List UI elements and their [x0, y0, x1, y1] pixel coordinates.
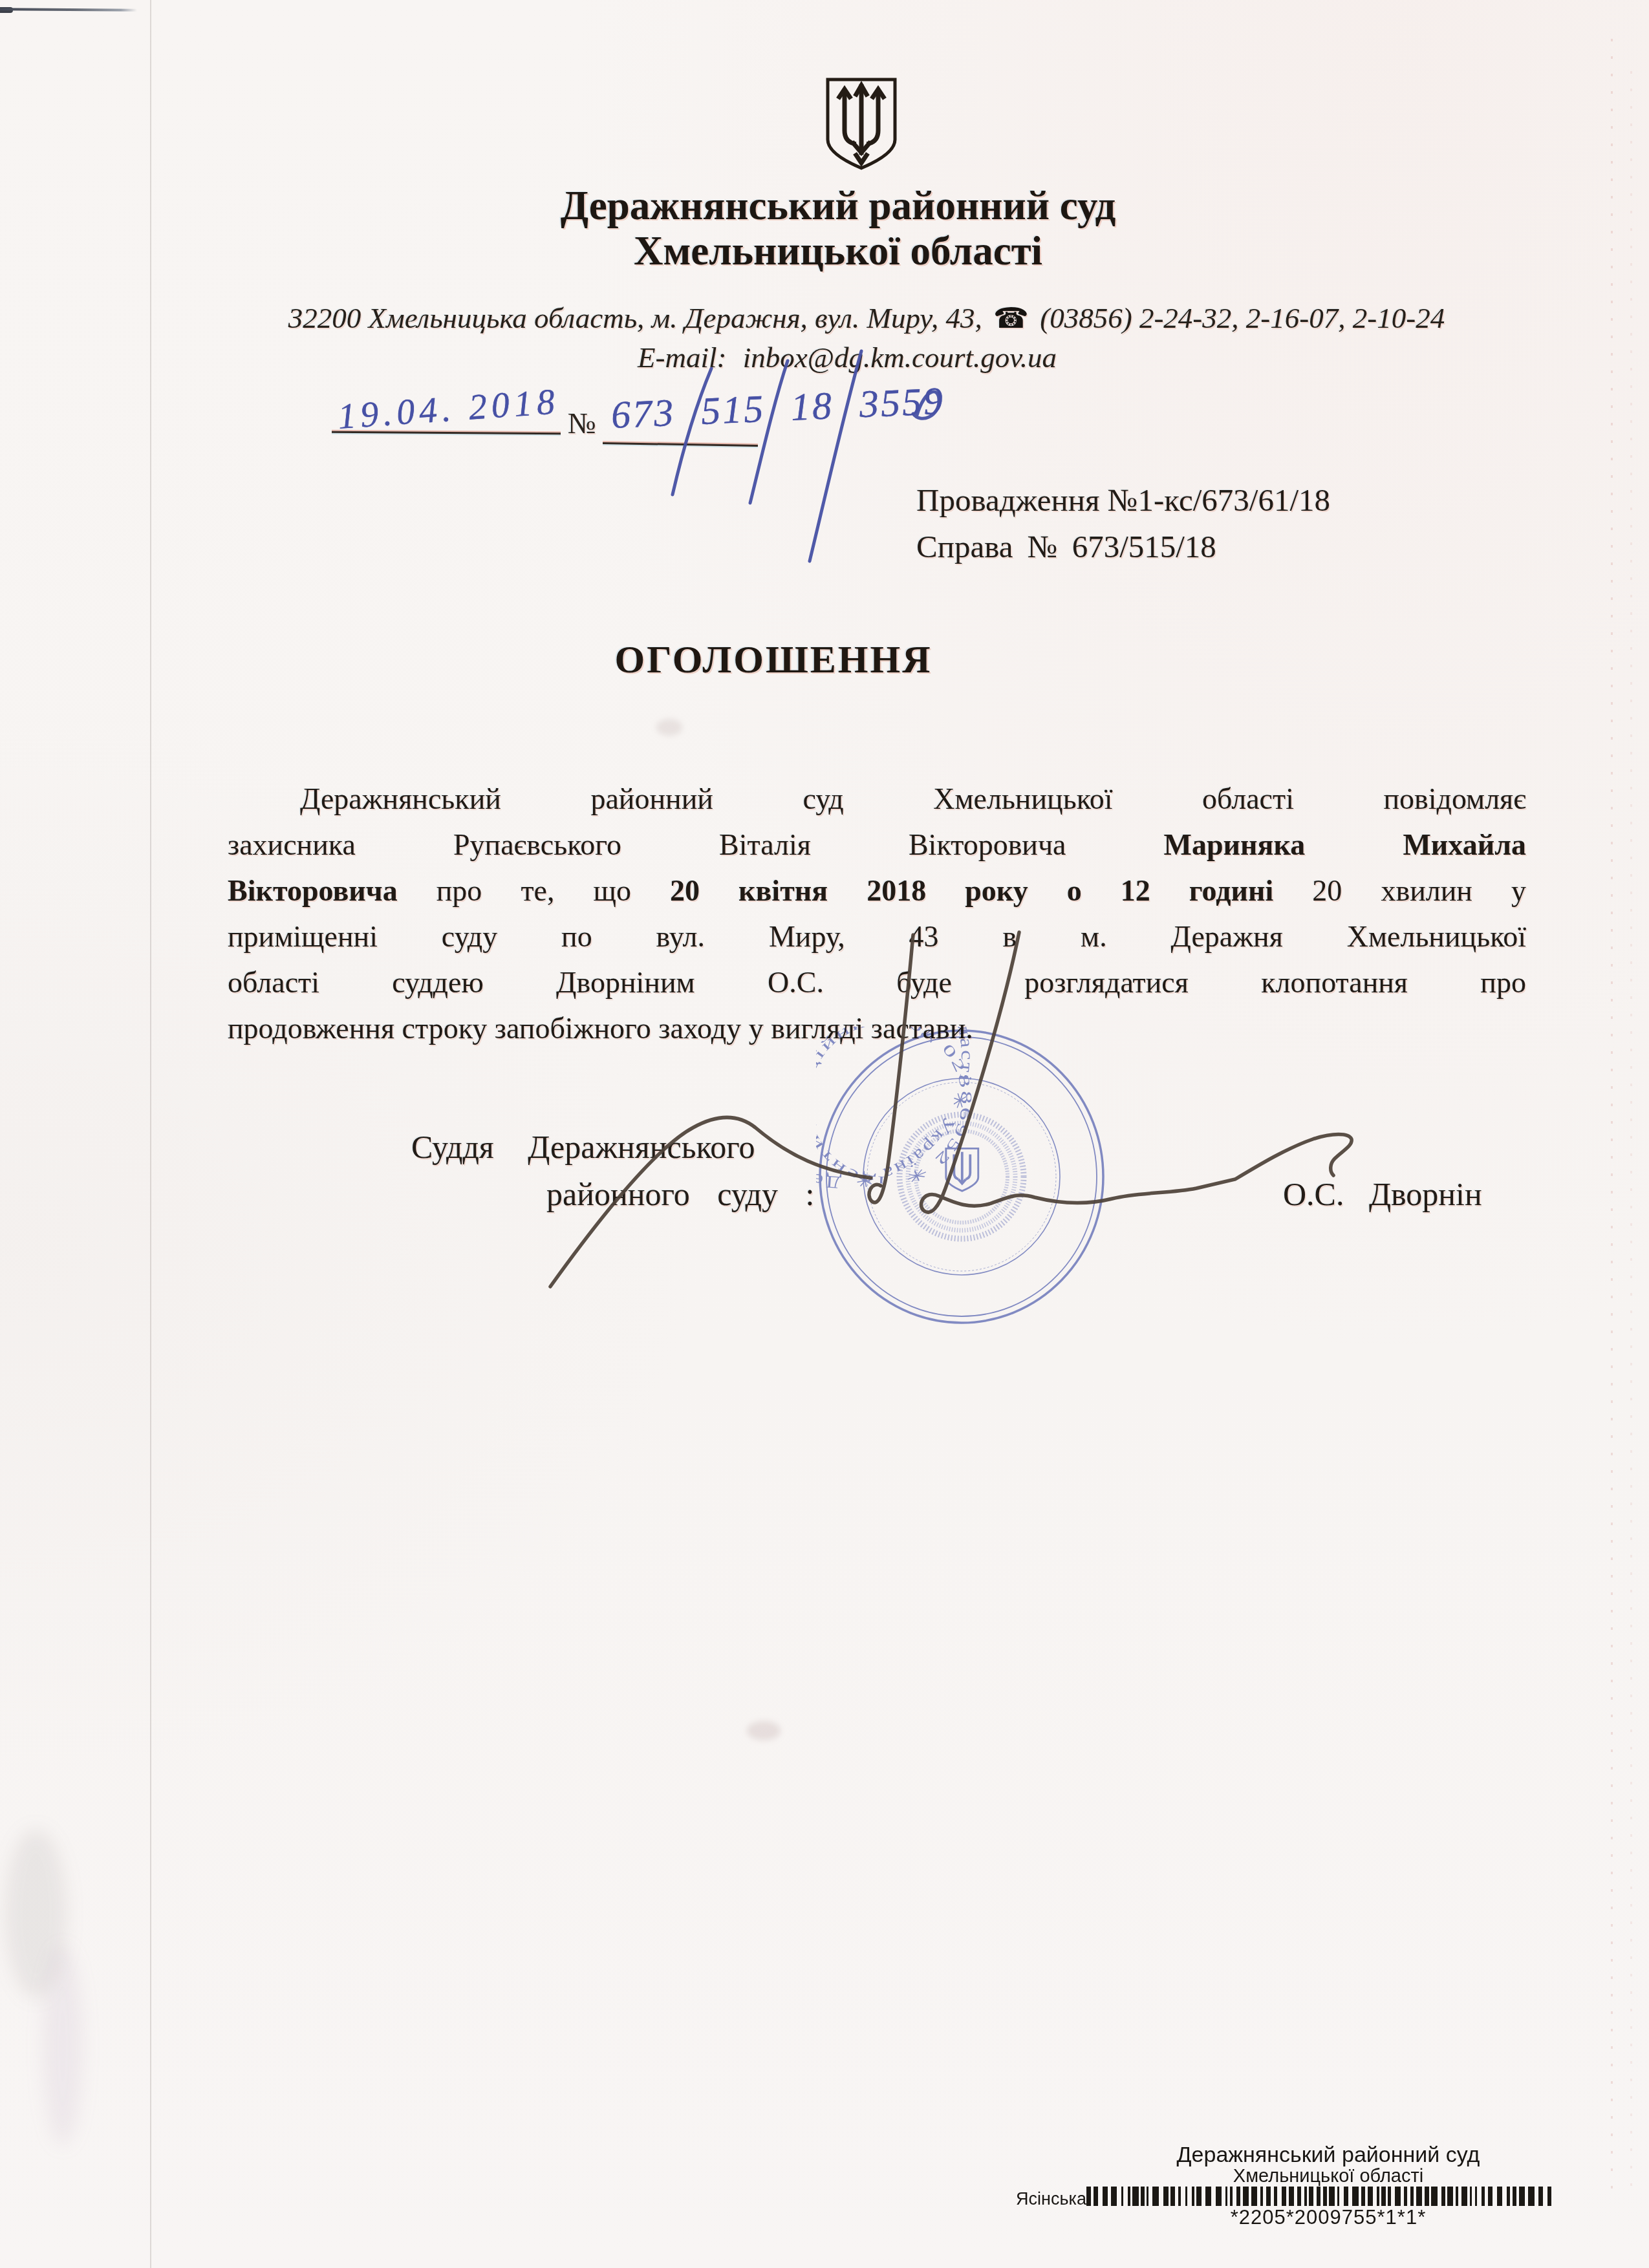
- barcode-bar: [1513, 2187, 1516, 2206]
- barcode-bar: [1482, 2187, 1485, 2206]
- barcode-bar: [1243, 2187, 1249, 2206]
- barcode-bar: [1289, 2187, 1294, 2206]
- barcode-bar: [1216, 2187, 1222, 2206]
- barcode-text: *2205*2009755*1*1*: [1231, 2206, 1426, 2229]
- barcode-bar: [1470, 2187, 1472, 2206]
- barcode-bar: [1381, 2187, 1386, 2206]
- barcode-bar: [1282, 2187, 1286, 2206]
- barcode-bar: [1461, 2187, 1467, 2206]
- barcode-bar: [1304, 2187, 1307, 2206]
- barcode-bar: [1205, 2187, 1211, 2206]
- proceeding-number-line: Провадження №1-кс/673/61/18: [916, 482, 1330, 519]
- number-sign: №: [568, 406, 596, 440]
- court-name-line1: Деражнянський районний суд: [561, 182, 1116, 230]
- barcode-bar: [1086, 2187, 1091, 2206]
- barcode-bar: [1388, 2187, 1391, 2206]
- barcode-bar: [1361, 2187, 1365, 2206]
- scan-smudge: [656, 719, 682, 736]
- barcode-bar: [1111, 2187, 1117, 2206]
- scan-smudge: [43, 1946, 83, 2146]
- barcode-bar: [1297, 2187, 1301, 2206]
- barcode-bar: [1094, 2187, 1098, 2206]
- barcode-bar: [1147, 2187, 1148, 2206]
- barcode-bar: [1404, 2187, 1407, 2206]
- handwritten-number-slashes: [640, 343, 964, 601]
- barcode-bar: [1170, 2187, 1175, 2206]
- barcode-bar: [1497, 2187, 1502, 2206]
- address-text: 32200 Хмельницька область, м. Деражня, в…: [288, 302, 982, 334]
- barcode-bar: [1431, 2187, 1438, 2206]
- barcode-bar: [1323, 2187, 1327, 2206]
- scan-line-artifact: [150, 0, 151, 2268]
- barcode-bar: [1488, 2187, 1493, 2206]
- barcode-bar: [1274, 2187, 1277, 2206]
- body-text-line: Деражнянський районний суд Хмельницької …: [228, 776, 1526, 822]
- barcode-bar: [1547, 2187, 1551, 2206]
- court-name-line2: Хмельницької області: [634, 228, 1042, 275]
- barcode-bar: [1185, 2187, 1187, 2206]
- scan-speckle-artifact: [1611, 39, 1613, 2198]
- barcode-bar: [1344, 2187, 1348, 2206]
- scan-smudge: [747, 1721, 781, 1740]
- barcode-bar: [1519, 2187, 1525, 2206]
- barcode-bar: [1441, 2187, 1445, 2206]
- barcode-bar: [1507, 2187, 1510, 2206]
- barcode-bar: [1538, 2187, 1543, 2206]
- barcode-bar: [1236, 2187, 1240, 2206]
- barcode-bar: [1528, 2187, 1535, 2206]
- body-segment: захисника Рупаєвського Віталія Вікторови…: [228, 828, 1164, 861]
- barcode-bar: [1128, 2187, 1130, 2206]
- barcode-bar: [1225, 2187, 1227, 2206]
- barcode-bar: [1377, 2187, 1379, 2206]
- phone-numbers: (03856) 2-24-32, 2-16-07, 2-10-24: [1040, 302, 1445, 334]
- barcode-bar: [1447, 2187, 1453, 2206]
- handwritten-outgoing-date: 19.04. 2018: [336, 381, 561, 438]
- barcode-bar: [1121, 2187, 1123, 2206]
- barcode-bar: [1329, 2187, 1335, 2206]
- barcode-bar: [1196, 2187, 1202, 2206]
- barcode-bar: [1178, 2187, 1181, 2206]
- barcode-bar: [1266, 2187, 1271, 2206]
- scan-speckle-artifact: [1630, 71, 1632, 2198]
- barcode-bar: [1395, 2187, 1401, 2206]
- barcode-bar: [1410, 2187, 1414, 2206]
- document-title: ОГОЛОШЕННЯ: [615, 637, 932, 682]
- barcode-bar: [1456, 2187, 1458, 2206]
- ukraine-trident-emblem-icon: [823, 76, 900, 171]
- footer-court-name-line1: Деражнянський районний суд: [1177, 2143, 1480, 2168]
- barcode-bar: [1163, 2187, 1169, 2206]
- barcode-bar: [1132, 2187, 1139, 2206]
- case-number-line: Справа № 673/515/18: [916, 528, 1216, 565]
- barcode-bar: [1368, 2187, 1373, 2206]
- body-segment: Деражнянський районний суд Хмельницької …: [300, 782, 1526, 815]
- court-address-line: 32200 Хмельницька область, м. Деражня, в…: [288, 301, 1445, 335]
- barcode-bar: [1251, 2187, 1257, 2206]
- judge-signature: [323, 860, 1423, 1351]
- barcode-bar: [1317, 2187, 1320, 2206]
- barcode-bar: [1475, 2187, 1477, 2206]
- clerk-name: Ясінська: [1016, 2189, 1086, 2209]
- phone-icon: ☎: [989, 302, 1033, 335]
- barcode-bar: [1352, 2187, 1359, 2206]
- barcode-bar: [1337, 2187, 1339, 2206]
- barcode: [1086, 2187, 1561, 2206]
- footer-court-name-line2: Хмельницької області: [1233, 2166, 1423, 2187]
- barcode-bar: [1152, 2187, 1159, 2206]
- barcode-bar: [1260, 2187, 1263, 2206]
- barcode-bar: [1425, 2187, 1429, 2206]
- barcode-bar: [1309, 2187, 1313, 2206]
- barcode-bar: [1103, 2187, 1108, 2206]
- barcode-bar: [1141, 2187, 1145, 2206]
- barcode-bar: [1192, 2187, 1194, 2206]
- scan-edge-artifact: [0, 8, 137, 11]
- barcode-bar: [1416, 2187, 1422, 2206]
- barcode-bar: [1230, 2187, 1233, 2206]
- body-bold-segment: Мариняка Михайла: [1164, 828, 1526, 861]
- scanned-court-document-page: Деражнянський районний суд Хмельницької …: [0, 0, 1649, 2268]
